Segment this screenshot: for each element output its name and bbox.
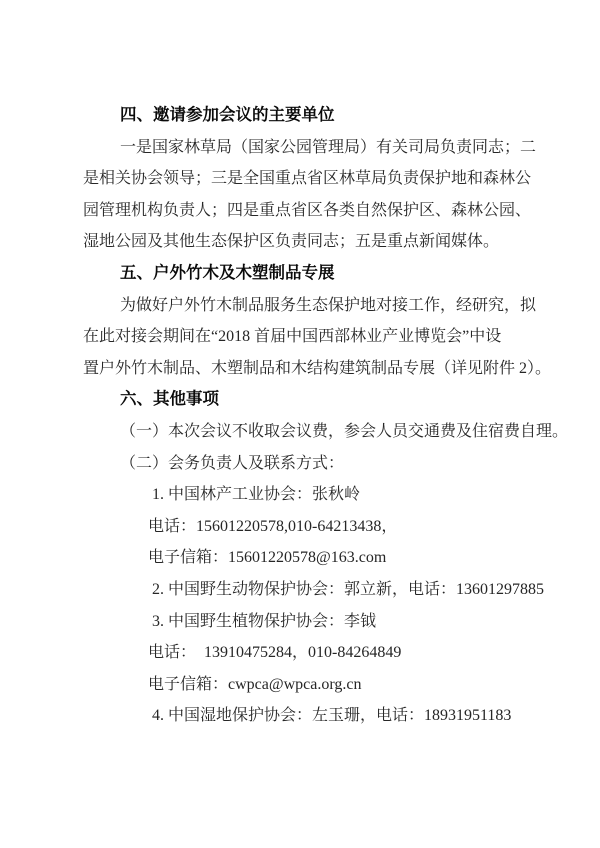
paragraph-line: 一是国家林草局（国家公园管理局）有关司局负责同志；二 bbox=[83, 132, 568, 164]
paragraph-line: 置户外竹木制品、木塑制品和木结构建筑制品专展（详见附件 2）。 bbox=[83, 353, 568, 385]
section-heading-6: 六、其他事项 bbox=[83, 384, 568, 416]
document-text: 四、邀请参加会议的主要单位 一是国家林草局（国家公园管理局）有关司局负责同志；二… bbox=[83, 100, 568, 732]
contact-org-1: 1. 中国林产工业协会：张秋岭 bbox=[83, 479, 568, 511]
paragraph-line: 是相关协会领导；三是全国重点省区林草局负责保护地和森林公 bbox=[83, 163, 568, 195]
contact-org-4: 4. 中国湿地保护协会：左玉珊，电话：18931951183 bbox=[83, 700, 568, 732]
section-heading-4: 四、邀请参加会议的主要单位 bbox=[83, 100, 568, 132]
contact-phone-1: 电话：15601220578,010-64213438， bbox=[83, 511, 568, 543]
paragraph-line: 湿地公园及其他生态保护区负责同志；五是重点新闻媒体。 bbox=[83, 226, 568, 258]
section-heading-5: 五、户外竹木及木塑制品专展 bbox=[83, 258, 568, 290]
contact-phone-3: 电话： 13910475284，010-84264849 bbox=[83, 637, 568, 669]
paragraph-line: 在此对接会期间在“2018 首届中国西部林业产业博览会”中设 bbox=[83, 321, 568, 353]
contact-email-3: 电子信箱：cwpca@wpca.org.cn bbox=[83, 669, 568, 701]
paragraph-line: 园管理机构负责人；四是重点省区各类自然保护区、森林公园、 bbox=[83, 195, 568, 227]
paragraph-line: 为做好户外竹木制品服务生态保护地对接工作，经研究，拟 bbox=[83, 290, 568, 322]
contact-org-3: 3. 中国野生植物保护协会：李钺 bbox=[83, 606, 568, 638]
document-page: 四、邀请参加会议的主要单位 一是国家林草局（国家公园管理局）有关司局负责同志；二… bbox=[0, 0, 600, 848]
contact-email-1: 电子信箱：15601220578@163.com bbox=[83, 542, 568, 574]
list-item-2: （二）会务负责人及联系方式： bbox=[83, 448, 568, 480]
list-item-1: （一）本次会议不收取会议费，参会人员交通费及住宿费自理。 bbox=[83, 416, 568, 448]
contact-org-2: 2. 中国野生动物保护协会：郭立新，电话：13601297885 bbox=[83, 574, 568, 606]
